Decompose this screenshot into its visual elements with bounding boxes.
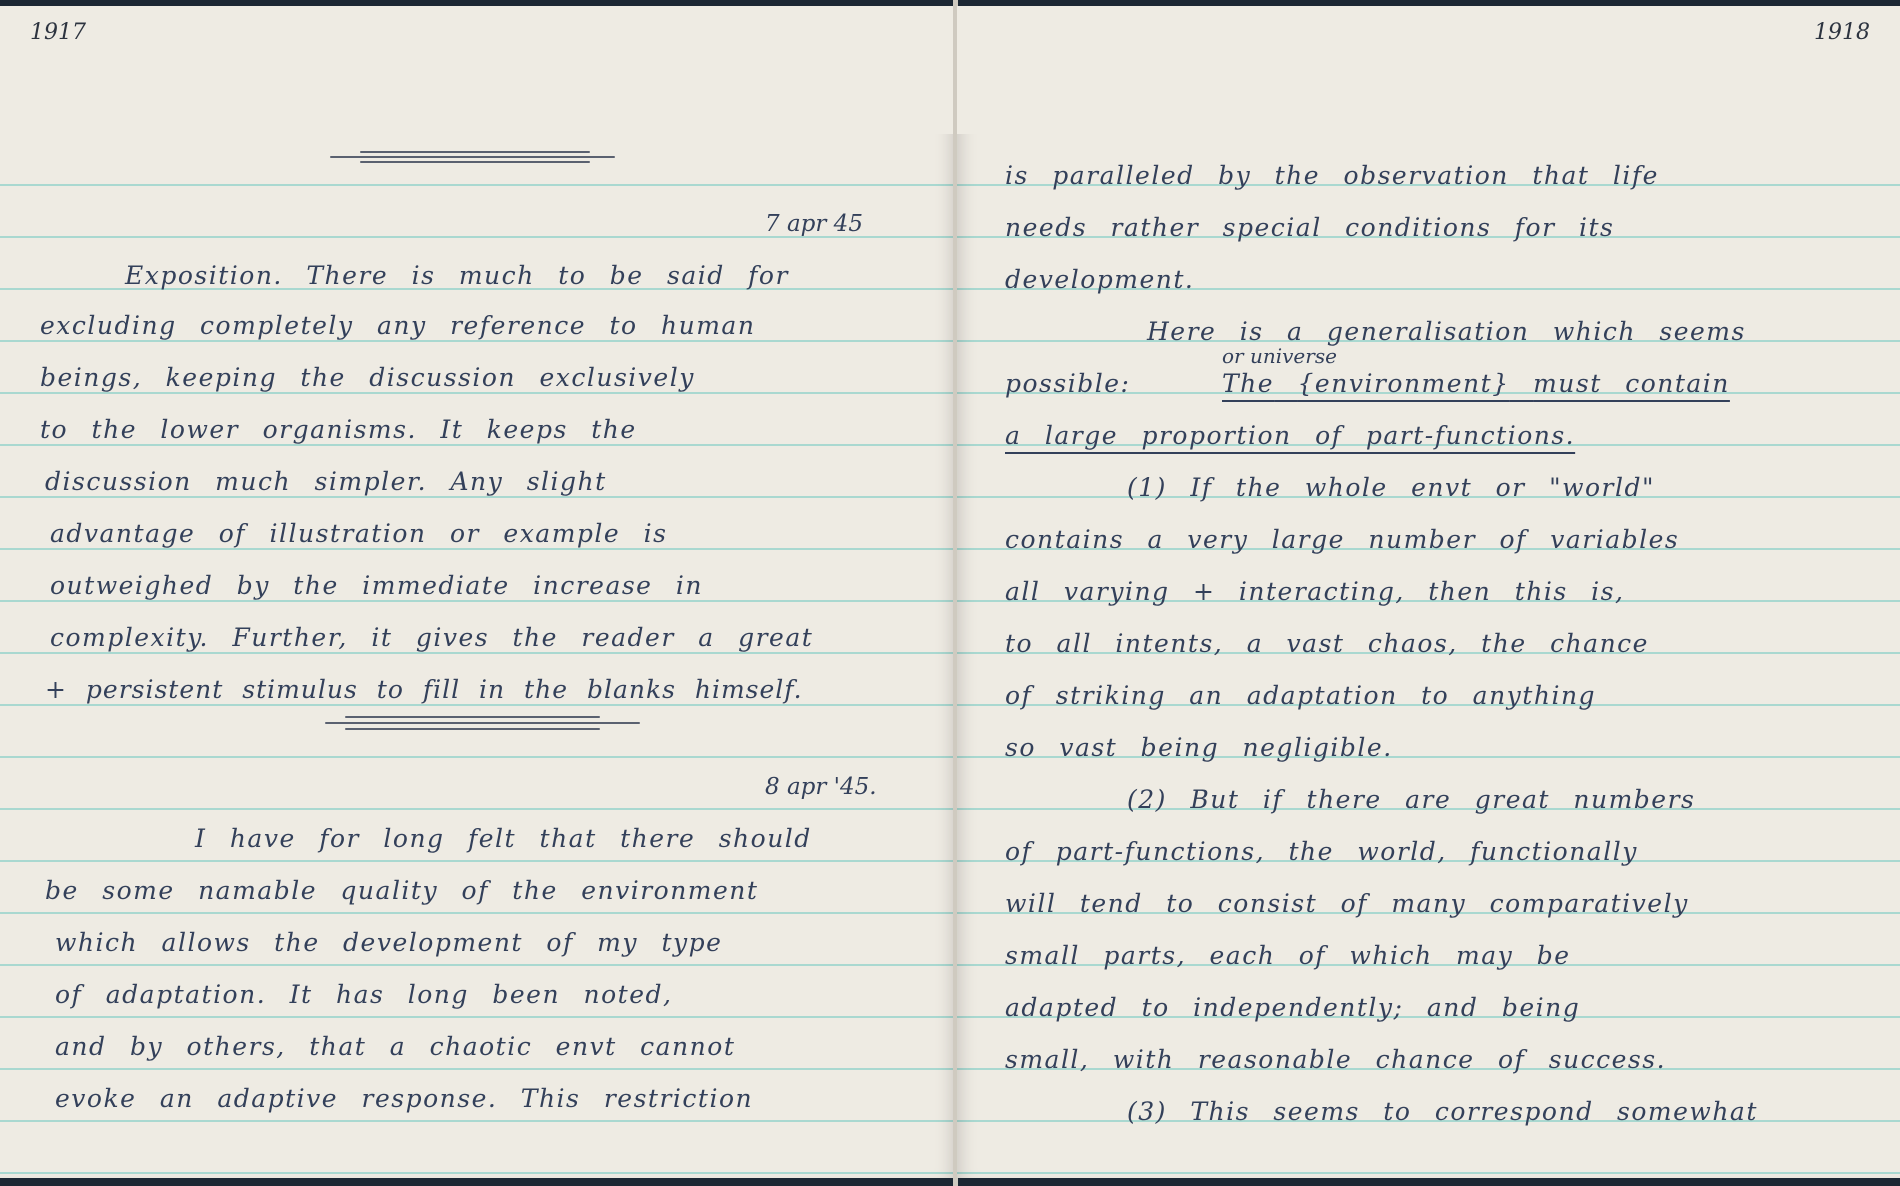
text-line: + persistent stimulus to fill in the bla…: [45, 675, 803, 704]
section-divider: [325, 716, 645, 730]
right-notebook-page: 1918 is paralleled by the observation th…: [957, 6, 1900, 1178]
page-number-right: 1918: [1814, 20, 1870, 45]
section-divider: [330, 151, 630, 165]
text-line: of adaptation. It has long been noted,: [55, 980, 672, 1009]
text-line: outweighed by the immediate increase in: [50, 571, 703, 600]
entry-date: 8 apr '45.: [765, 774, 877, 800]
text-line: of striking an adaptation to anything: [1005, 681, 1596, 710]
insertion-note: or universe: [1222, 344, 1337, 368]
text-line: development.: [1005, 265, 1194, 294]
text-line: all varying + interacting, then this is,: [1005, 577, 1624, 606]
text-line: adapted to independently; and being: [1005, 993, 1580, 1022]
statement-prefix: The: [1222, 369, 1274, 398]
text-line: excluding completely any reference to hu…: [40, 311, 755, 340]
text-line: of part-functions, the world, functional…: [1005, 837, 1638, 866]
text-line: evoke an adaptive response. This restric…: [55, 1084, 753, 1113]
text-line: will tend to consist of many comparative…: [1005, 889, 1689, 918]
text-line: beings, keeping the discussion exclusive…: [40, 363, 695, 392]
text-line: I have for long felt that there should: [195, 824, 812, 853]
text-line: small, with reasonable chance of success…: [1005, 1045, 1666, 1074]
text-line: and by others, that a chaotic envt canno…: [55, 1032, 735, 1061]
text-line: be some namable quality of the environme…: [45, 876, 758, 905]
text-line: is paralleled by the observation that li…: [1005, 161, 1659, 190]
text-line: (1) If the whole envt or "world": [1127, 473, 1655, 502]
underlined-statement: a large proportion of part-functions.: [1005, 421, 1575, 450]
text-line: (3) This seems to correspond somewhat: [1127, 1097, 1758, 1126]
text-line: to all intents, a vast chaos, the chance: [1005, 629, 1649, 658]
text-line: complexity. Further, it gives the reader…: [50, 623, 813, 652]
text-line: discussion much simpler. Any slight: [45, 467, 607, 496]
text-line: Exposition. There is much to be said for: [125, 261, 789, 290]
statement-bracket: {environment}: [1298, 369, 1510, 398]
text-line: possible:: [1005, 369, 1130, 398]
text-line: needs rather special conditions for its: [1005, 213, 1614, 242]
text-line: (2) But if there are great numbers: [1127, 785, 1695, 814]
statement-suffix: must contain: [1533, 369, 1730, 398]
text-line: Here is a generalisation which seems: [1147, 317, 1746, 346]
left-notebook-page: 1917 7 apr 45 Exposition. There is much …: [0, 6, 955, 1178]
text-line: to the lower organisms. It keeps the: [40, 415, 637, 444]
entry-date: 7 apr 45: [765, 211, 863, 237]
underlined-statement: The {environment} must contain: [1222, 369, 1730, 398]
text-line: so vast being negligible.: [1005, 733, 1393, 762]
text-line: advantage of illustration or example is: [50, 519, 667, 548]
text-line: contains a very large number of variable…: [1005, 525, 1679, 554]
page-number-left: 1917: [30, 20, 86, 45]
text-line: which allows the development of my type: [55, 928, 722, 957]
text-line: small parts, each of which may be: [1005, 941, 1571, 970]
